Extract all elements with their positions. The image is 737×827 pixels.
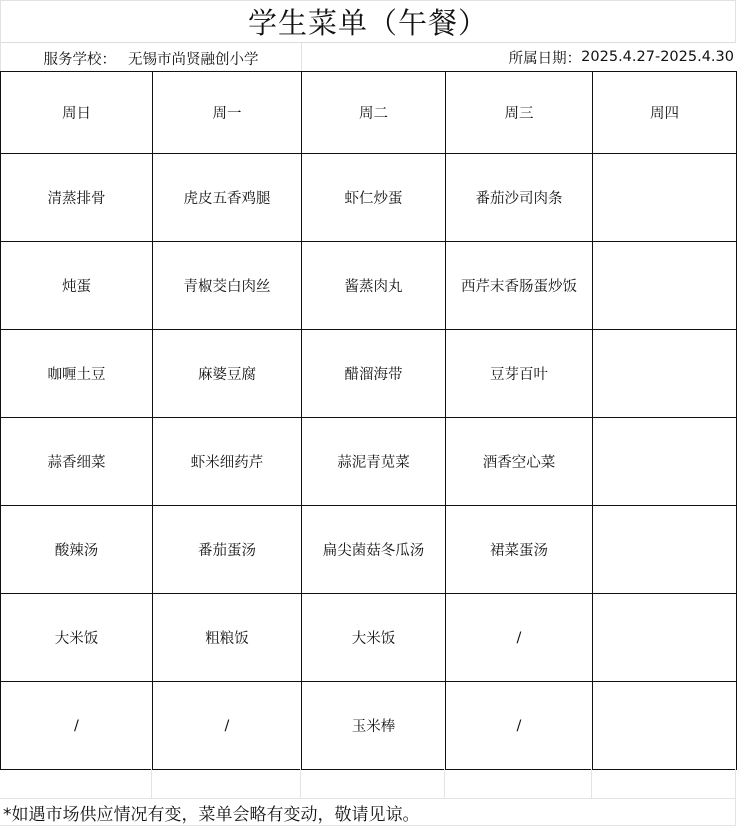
menu-cell[interactable]: 番茄沙司肉条	[446, 154, 593, 242]
menu-cell[interactable]: 粗粮饭	[153, 594, 302, 682]
date-info: 所属日期： 2025.4.27-2025.4.30	[509, 43, 734, 71]
header-sunday: 周日	[1, 72, 153, 154]
menu-cell[interactable]: 虾米细药芹	[153, 418, 302, 506]
header-row: 周日 周一 周二 周三 周四	[1, 72, 737, 154]
menu-cell[interactable]: 番茄蛋汤	[153, 506, 302, 594]
footnote: *如遇市场供应情况有变，菜单会略有变动，敬请见谅。	[0, 799, 736, 826]
menu-table: 周日 周一 周二 周三 周四 清蒸排骨 虎皮五香鸡腿 虾仁炒蛋 番茄沙司肉条 炖…	[0, 71, 737, 770]
school-label: 服务学校：	[44, 48, 117, 69]
school-info: 服务学校： 无锡市尚贤融创小学	[1, 43, 302, 71]
menu-cell[interactable]: /	[1, 682, 153, 770]
table-row: / / 玉米棒 /	[1, 682, 737, 770]
menu-cell[interactable]	[593, 418, 737, 506]
menu-cell[interactable]: 酱蒸肉丸	[302, 242, 446, 330]
menu-cell[interactable]: 玉米棒	[302, 682, 446, 770]
menu-cell[interactable]	[593, 154, 737, 242]
blank-cell[interactable]	[152, 769, 301, 799]
menu-cell[interactable]: 蒜香细菜	[1, 418, 153, 506]
blank-cell[interactable]	[0, 769, 152, 799]
blank-cell[interactable]	[301, 769, 445, 799]
menu-cell[interactable]: 清蒸排骨	[1, 154, 153, 242]
date-range: 2025.4.27-2025.4.30	[581, 49, 734, 65]
title-row: 学生菜单（午餐）	[0, 0, 736, 43]
table-row: 咖喱土豆 麻婆豆腐 醋溜海带 豆芽百叶	[1, 330, 737, 418]
menu-cell[interactable]: 豆芽百叶	[446, 330, 593, 418]
menu-cell[interactable]	[593, 682, 737, 770]
menu-cell[interactable]	[593, 242, 737, 330]
table-row: 酸辣汤 番茄蛋汤 扁尖菌菇冬瓜汤 裙菜蛋汤	[1, 506, 737, 594]
menu-cell[interactable]: 西芹末香肠蛋炒饭	[446, 242, 593, 330]
menu-cell[interactable]: 麻婆豆腐	[153, 330, 302, 418]
menu-cell[interactable]	[593, 330, 737, 418]
table-row: 炖蛋 青椒茭白肉丝 酱蒸肉丸 西芹末香肠蛋炒饭	[1, 242, 737, 330]
blank-row	[0, 769, 736, 799]
menu-cell[interactable]: 虎皮五香鸡腿	[153, 154, 302, 242]
header-wednesday: 周三	[446, 72, 593, 154]
info-row: 服务学校： 无锡市尚贤融创小学 所属日期： 2025.4.27-2025.4.3…	[0, 43, 736, 71]
menu-cell[interactable]: 裙菜蛋汤	[446, 506, 593, 594]
menu-cell[interactable]: 青椒茭白肉丝	[153, 242, 302, 330]
menu-cell[interactable]: 大米饭	[1, 594, 153, 682]
blank-cell[interactable]	[445, 769, 592, 799]
school-name: 无锡市尚贤融创小学	[128, 48, 259, 69]
header-tuesday: 周二	[302, 72, 446, 154]
menu-cell[interactable]: 蒜泥青苋菜	[302, 418, 446, 506]
menu-cell[interactable]: 醋溜海带	[302, 330, 446, 418]
menu-cell[interactable]: /	[446, 594, 593, 682]
menu-cell[interactable]: 酒香空心菜	[446, 418, 593, 506]
menu-cell[interactable]	[593, 506, 737, 594]
menu-cell[interactable]: /	[153, 682, 302, 770]
table-row: 大米饭 粗粮饭 大米饭 /	[1, 594, 737, 682]
blank-cell[interactable]	[592, 769, 736, 799]
menu-cell[interactable]: 大米饭	[302, 594, 446, 682]
menu-cell[interactable]: 扁尖菌菇冬瓜汤	[302, 506, 446, 594]
menu-cell[interactable]: /	[446, 682, 593, 770]
menu-cell[interactable]: 酸辣汤	[1, 506, 153, 594]
menu-cell[interactable]: 虾仁炒蛋	[302, 154, 446, 242]
table-row: 蒜香细菜 虾米细药芹 蒜泥青苋菜 酒香空心菜	[1, 418, 737, 506]
menu-cell[interactable]: 咖喱土豆	[1, 330, 153, 418]
footnote-text: *如遇市场供应情况有变，菜单会略有变动，敬请见谅。	[3, 800, 420, 825]
date-label: 所属日期：	[509, 47, 582, 68]
header-thursday: 周四	[593, 72, 737, 154]
menu-cell[interactable]: 炖蛋	[1, 242, 153, 330]
table-row: 清蒸排骨 虎皮五香鸡腿 虾仁炒蛋 番茄沙司肉条	[1, 154, 737, 242]
header-monday: 周一	[153, 72, 302, 154]
page-title: 学生菜单（午餐）	[248, 1, 488, 42]
menu-cell[interactable]	[593, 594, 737, 682]
